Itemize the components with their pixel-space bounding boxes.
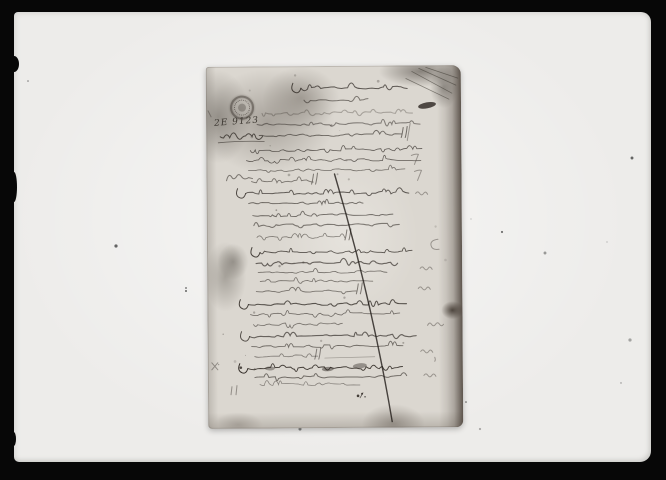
photographic-paper: 2E 9123 <box>14 12 651 462</box>
manuscript-page: 2E 9123 <box>206 65 464 429</box>
paper-edge-notch <box>12 56 19 72</box>
paper-edge-notch <box>12 172 17 202</box>
archival-reference: 2E 9123 <box>214 115 275 129</box>
paper-edge-notch <box>12 432 16 446</box>
photo-frame: 2E 9123 <box>0 0 666 480</box>
